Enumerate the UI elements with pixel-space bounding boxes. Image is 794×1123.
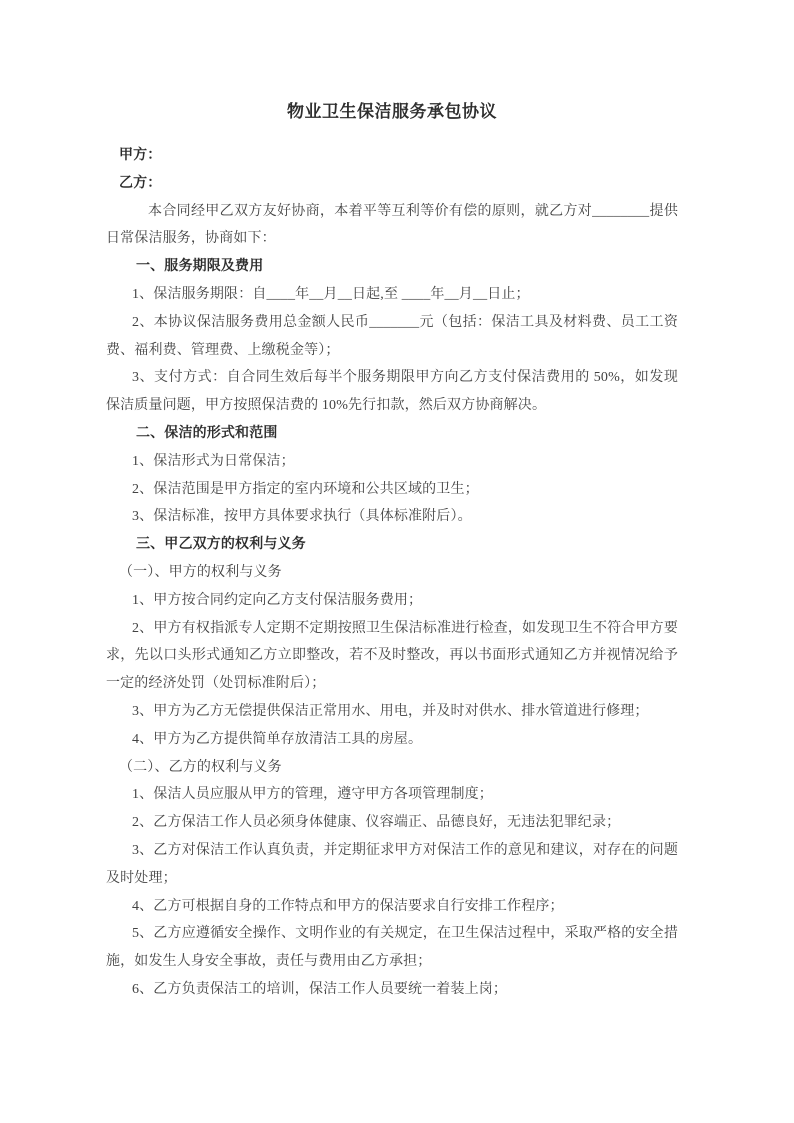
party-b-item-2: 2、乙方保洁工作人员必须身体健康、仪容端正、品德良好，无违法犯罪纪录； xyxy=(106,809,678,837)
section-3-sub-1-heading: （一）、甲方的权利与义务 xyxy=(106,559,678,587)
party-a-label: 甲方： xyxy=(106,142,678,170)
party-b-item-1: 1、保洁人员应服从甲方的管理，遵守甲方各项管理制度； xyxy=(106,781,678,809)
document-body: 甲方：乙方：本合同经甲乙双方友好协商，本着平等互利等价有偿的原则，就乙方对___… xyxy=(106,142,678,1004)
section-3-sub-2-heading: （二）、乙方的权利与义务 xyxy=(106,754,678,782)
party-a-item-4: 4、甲方为乙方提供简单存放清洁工具的房屋。 xyxy=(106,726,678,754)
party-a-item-3: 3、甲方为乙方无偿提供保洁正常用水、用电，并及时对供水、排水管道进行修理； xyxy=(106,698,678,726)
section-1-item-2: 2、本协议保洁服务费用总金额人民币_______元（包括：保洁工具及材料费、员工… xyxy=(106,309,678,365)
section-2-item-2: 2、保洁范围是甲方指定的室内环境和公共区域的卫生； xyxy=(106,476,678,504)
intro-paragraph: 本合同经甲乙双方友好协商，本着平等互利等价有偿的原则，就乙方对________提… xyxy=(106,198,678,254)
section-1-item-1: 1、保洁服务期限：自____年__月__日起,至 ____年__月__日止； xyxy=(106,281,678,309)
section-2-heading: 二、保洁的形式和范围 xyxy=(106,420,678,448)
party-b-label: 乙方： xyxy=(106,170,678,198)
section-2-item-1: 1、保洁形式为日常保洁； xyxy=(106,448,678,476)
party-b-item-5: 5、乙方应遵循安全操作、文明作业的有关规定，在卫生保洁过程中，采取严格的安全措施… xyxy=(106,920,678,976)
section-1-item-3: 3、支付方式：自合同生效后每半个服务期限甲方向乙方支付保洁费用的 50%，如发现… xyxy=(106,364,678,420)
party-b-item-6: 6、乙方负责保洁工的培训，保洁工作人员要统一着装上岗； xyxy=(106,976,678,1004)
party-b-item-4: 4、乙方可根据自身的工作特点和甲方的保洁要求自行安排工作程序； xyxy=(106,893,678,921)
section-3-heading: 三、甲乙双方的权利与义务 xyxy=(106,531,678,559)
document-page: 物业卫生保洁服务承包协议 甲方：乙方：本合同经甲乙双方友好协商，本着平等互利等价… xyxy=(0,0,794,1123)
section-2-item-3: 3、保洁标准，按甲方具体要求执行（具体标准附后）。 xyxy=(106,503,678,531)
party-b-item-3: 3、乙方对保洁工作认真负责，并定期征求甲方对保洁工作的意见和建议，对存在的问题及… xyxy=(106,837,678,893)
party-a-item-1: 1、甲方按合同约定向乙方支付保洁服务费用； xyxy=(106,587,678,615)
document-title: 物业卫生保洁服务承包协议 xyxy=(106,97,678,127)
party-a-item-2: 2、甲方有权指派专人定期不定期按照卫生保洁标准进行检查，如发现卫生不符合甲方要求… xyxy=(106,615,678,698)
section-1-heading: 一、服务期限及费用 xyxy=(106,253,678,281)
